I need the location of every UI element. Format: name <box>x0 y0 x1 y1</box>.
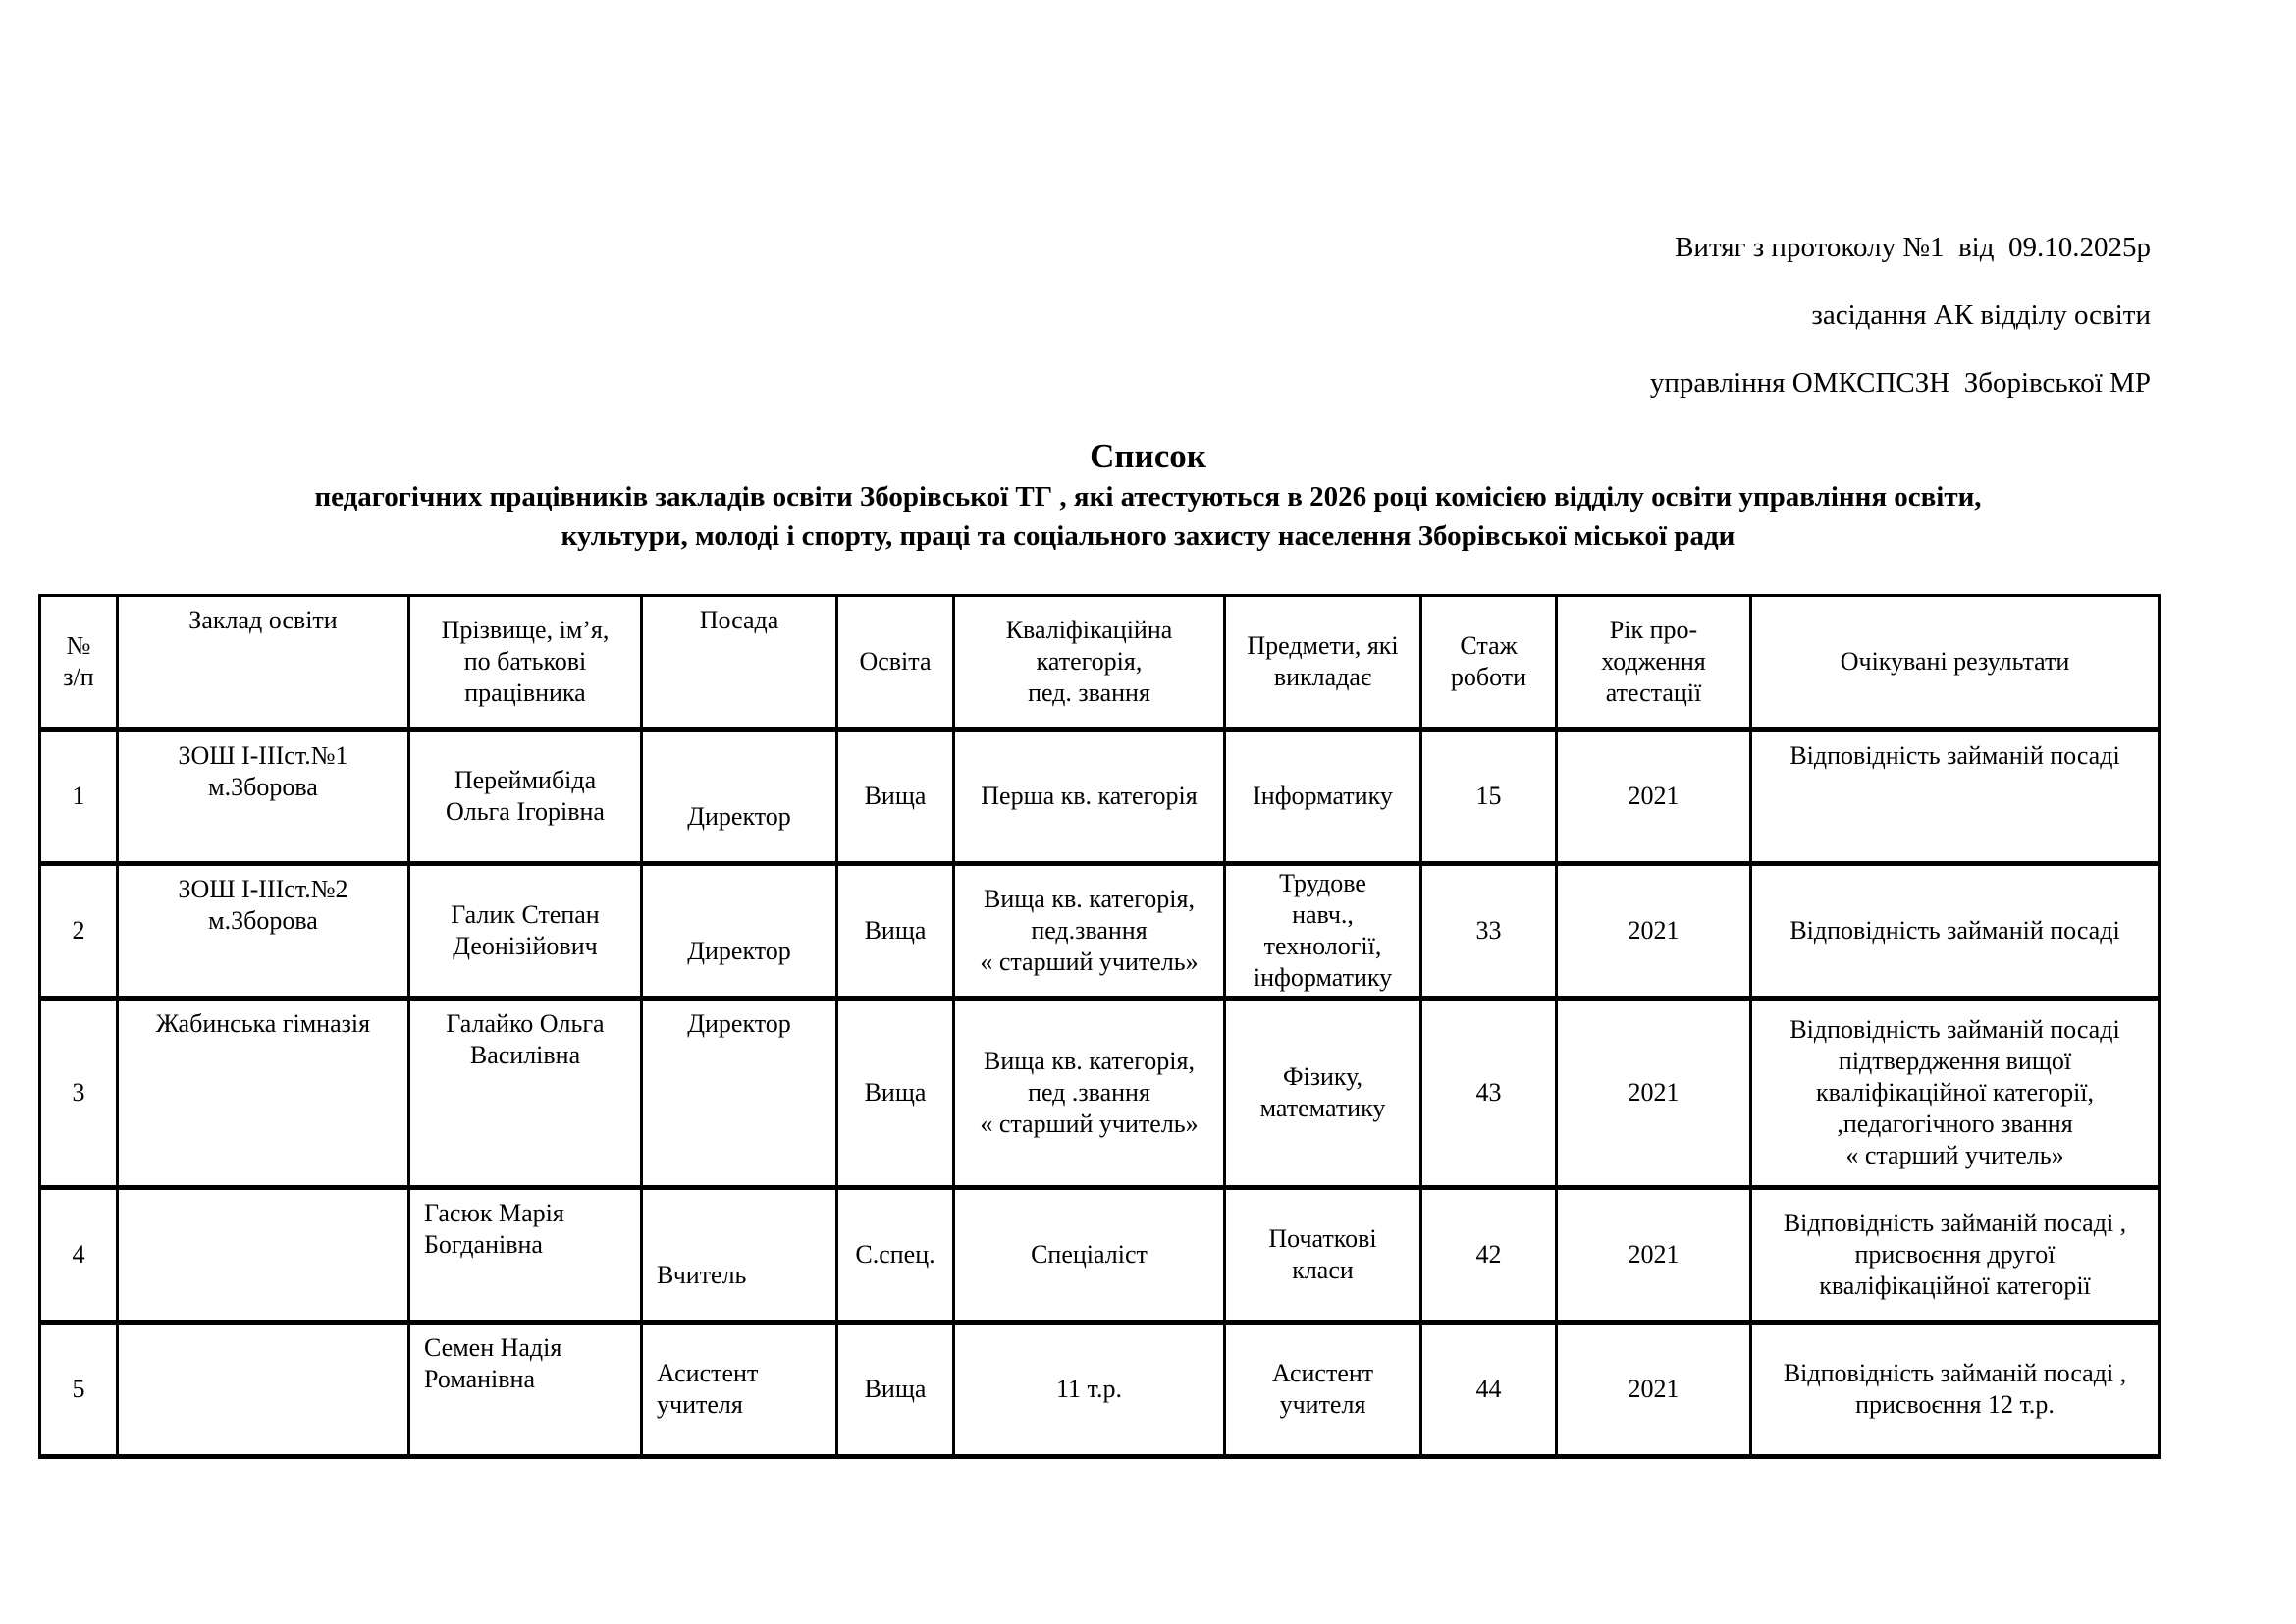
cell-result: Відповідність займаній посаді ,присвоєнн… <box>1751 1188 2160 1323</box>
col-subjects-header: Предмети, яківикладає <box>1225 596 1421 730</box>
department-line: управління ОМКСПСЗН Зборівської МР <box>1650 367 2151 400</box>
cell-category: Вища кв. категорія,пед.звання« старший у… <box>954 864 1225 999</box>
cell-name: ПереймибідаОльга Ігорівна <box>409 730 642 864</box>
cell-experience: 42 <box>1421 1188 1557 1323</box>
cell-name: Гасюк МаріяБогданівна <box>409 1188 642 1323</box>
document-title: Список <box>0 437 2296 476</box>
cell-num: 2 <box>40 864 118 999</box>
cell-school: ЗОШ І-ІІІст.№2м.Зборова <box>118 864 409 999</box>
cell-name: Галайко ОльгаВасилівна <box>409 999 642 1188</box>
col-education-header: Освіта <box>837 596 954 730</box>
cell-subjects: Інформатику <box>1225 730 1421 864</box>
cell-subjects: Початковікласи <box>1225 1188 1421 1323</box>
col-school-header: Заклад освіти <box>118 596 409 730</box>
col-expected-results-header: Очікувані результати <box>1751 596 2160 730</box>
cell-result: Відповідність займаній посадіпідтверджен… <box>1751 999 2160 1188</box>
table-row: 2ЗОШ І-ІІІст.№2м.ЗбороваГалик СтепанДеон… <box>40 864 2160 999</box>
cell-year: 2021 <box>1557 730 1751 864</box>
col-experience-header: Стажроботи <box>1421 596 1557 730</box>
cell-year: 2021 <box>1557 864 1751 999</box>
cell-category: 11 т.р. <box>954 1323 1225 1457</box>
cell-num: 1 <box>40 730 118 864</box>
cell-position: Директор <box>642 999 837 1188</box>
col-number-header: №з/п <box>40 596 118 730</box>
cell-year: 2021 <box>1557 999 1751 1188</box>
table-row: 3Жабинська гімназіяГалайко ОльгаВасилівн… <box>40 999 2160 1188</box>
cell-experience: 33 <box>1421 864 1557 999</box>
cell-experience: 43 <box>1421 999 1557 1188</box>
cell-education: Вища <box>837 730 954 864</box>
table-row: 4Гасюк МаріяБогданівнаВчительС.спец.Спец… <box>40 1188 2160 1323</box>
protocol-extract-line: Витяг з протоколу №1 від 09.10.2025р <box>1675 232 2151 264</box>
cell-position: Асистентучителя <box>642 1323 837 1457</box>
cell-school <box>118 1188 409 1323</box>
cell-year: 2021 <box>1557 1188 1751 1323</box>
cell-experience: 44 <box>1421 1323 1557 1457</box>
cell-year: 2021 <box>1557 1323 1751 1457</box>
cell-school: Жабинська гімназія <box>118 999 409 1188</box>
table-header-row: №з/пЗаклад освітиПрізвище, ім’я,по батьк… <box>40 596 2160 730</box>
cell-result: Відповідність займаній посаді <box>1751 864 2160 999</box>
document-subtitle-line-2: культури, молоді і спорту, праці та соці… <box>0 520 2296 553</box>
table-row: 1ЗОШ І-ІІІст.№1м.ЗбороваПереймибідаОльга… <box>40 730 2160 864</box>
cell-category: Перша кв. категорія <box>954 730 1225 864</box>
table-row: 5Семен НадіяРоманівнаАсистентучителяВища… <box>40 1323 2160 1457</box>
cell-num: 4 <box>40 1188 118 1323</box>
cell-num: 3 <box>40 999 118 1188</box>
meeting-line: засідання АК відділу освіти <box>1811 299 2151 332</box>
cell-result: Відповідність займаній посаді <box>1751 730 2160 864</box>
cell-education: Вища <box>837 1323 954 1457</box>
cell-result: Відповідність займаній посаді ,присвоєнн… <box>1751 1323 2160 1457</box>
cell-subjects: Асистентучителя <box>1225 1323 1421 1457</box>
cell-education: Вища <box>837 999 954 1188</box>
cell-name: Галик СтепанДеонізійович <box>409 864 642 999</box>
cell-education: Вища <box>837 864 954 999</box>
cell-num: 5 <box>40 1323 118 1457</box>
cell-subjects: Трудовенавч.,технології,інформатику <box>1225 864 1421 999</box>
col-attestation-year-header: Рік про-ходженняатестації <box>1557 596 1751 730</box>
cell-education: С.спец. <box>837 1188 954 1323</box>
cell-school <box>118 1323 409 1457</box>
cell-name: Семен НадіяРоманівна <box>409 1323 642 1457</box>
document-subtitle-line-1: педагогічних працівників закладів освіти… <box>0 481 2296 514</box>
cell-experience: 15 <box>1421 730 1557 864</box>
cell-subjects: Фізику,математику <box>1225 999 1421 1188</box>
staff-attestation-table: №з/пЗаклад освітиПрізвище, ім’я,по батьк… <box>38 594 2161 1459</box>
cell-school: ЗОШ І-ІІІст.№1м.Зборова <box>118 730 409 864</box>
col-full-name-header: Прізвище, ім’я,по батьковіпрацівника <box>409 596 642 730</box>
col-position-header: Посада <box>642 596 837 730</box>
cell-position: Вчитель <box>642 1188 837 1323</box>
cell-category: Спеціаліст <box>954 1188 1225 1323</box>
col-qualification-header: Кваліфікаційнакатегорія,пед. звання <box>954 596 1225 730</box>
cell-position: Директор <box>642 864 837 999</box>
cell-category: Вища кв. категорія,пед .звання« старший … <box>954 999 1225 1188</box>
cell-position: Директор <box>642 730 837 864</box>
